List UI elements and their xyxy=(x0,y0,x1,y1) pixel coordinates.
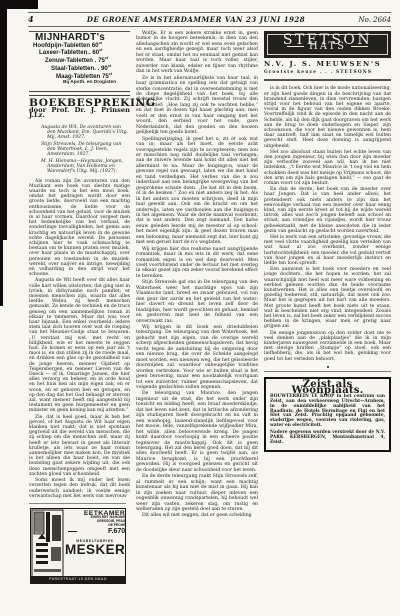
dining-room-drawing-icon xyxy=(31,509,64,580)
article-paragraph: En dan de derde, het boek van de moeder … xyxy=(264,187,391,234)
stetson-ad: STETSON HATS xyxy=(264,31,391,58)
article-paragraph: De teleurgang van Maurice, den jongen in… xyxy=(136,391,258,473)
article-title: BOEKBESPREKING xyxy=(29,101,130,106)
thick-divider-rule xyxy=(264,79,391,82)
product-line: Maag-Tabletten 75ct xyxy=(56,72,130,79)
mijnhardt-products: Hoofdpijn-Tabletten 60ct Laxeer-Tablette… xyxy=(29,41,130,79)
column-right: STETSON HATS N.V. J. S. MEUWSEN'S Groots… xyxy=(264,31,391,584)
zeist-ad-body: BOUWTERREIN TE KOOP in het centrum van Z… xyxy=(270,395,385,446)
section-divider xyxy=(29,91,130,96)
newspaper-page: 4 DE GROENE AMSTERDAMMER VAN 23 JUNI 192… xyxy=(0,0,400,616)
article-paragraph: is in dit boek. Och hier is de mode nati… xyxy=(264,86,391,148)
stetson-company: N.V. J. S. MEUWSEN'S xyxy=(264,62,391,67)
article-paragraph: Als roman zijn De avonturen van den Muzi… xyxy=(29,179,130,278)
scan-edge-artifact xyxy=(0,0,7,240)
article-paragraph: Spellingwijziging, ik geef het u, zit er… xyxy=(136,137,258,246)
zeist-ad-title: Zeist als Woonplaats. xyxy=(270,382,385,392)
newspaper-title: DE GROENE AMSTERDAMMER VAN 23 JUNI 1928 xyxy=(87,15,305,24)
article-paragraph: Wolfje. Er is een zekere strakke ernst i… xyxy=(136,31,258,75)
mesker-price: F.670 xyxy=(108,529,125,534)
mesker-ad: EETKAMER EIKEN MET MAHONIEDRESSOIR, PEAU… xyxy=(30,508,126,584)
masthead: 4 DE GROENE AMSTERDAMMER VAN 23 JUNI 192… xyxy=(28,14,391,24)
zeist-ad: Zeist als Woonplaats. BOUWTERREIN TE KOO… xyxy=(264,377,391,451)
stetson-tagline: Grootste keuze . . . STETSONS xyxy=(264,70,391,75)
article-paragraph: Ze is in het allernatuurlijkste van haar… xyxy=(136,76,258,136)
mijnhardt-footer: Bij Apoth. en Drogisten xyxy=(63,80,130,85)
book-entry: M. H. Hiensma—Heymans, Jongen, Amsterdam… xyxy=(41,159,130,175)
mesker-address: PARKSTRAAT 15 DEN HAAG xyxy=(31,576,125,583)
column-left: MIJNHARDT's Hoofdpijn-Tabletten 60ct Lax… xyxy=(29,31,130,584)
page-number: 4 xyxy=(28,14,34,24)
stetson-ad-frame: STETSON HATS xyxy=(267,34,388,55)
reviewed-books-list: Augusta de Wit, De avonturen van den Muz… xyxy=(41,125,130,175)
scan-edge-artifact xyxy=(7,0,38,9)
mesker-ad-text: EETKAMER EIKEN MET MAHONIEDRESSOIR, PEAU… xyxy=(64,509,127,583)
mesker-illustration xyxy=(31,509,64,583)
product-line: Zenuw-Tabletten . 75ct xyxy=(45,56,130,63)
article-paragraph: Augusta de Wit heeft over dit alles haar… xyxy=(29,278,130,413)
masthead-rule-top xyxy=(28,12,391,13)
article-paragraph: De eenige jongenszoon op den zolder doet… xyxy=(264,331,391,362)
article-paragraph: Wij krijgen in dit boek een driedubbelen… xyxy=(136,325,258,390)
article-paragraph: Zie, dat is heel goed, maar ik heb het g… xyxy=(29,415,130,477)
zeist-paragraph: Nadere gegevens worden verstrekt door de… xyxy=(270,431,385,446)
book-entry: Stijn Streuvels, De teleurgang van den W… xyxy=(41,142,130,158)
article-paragraph: Stijn Streuvels gaf ons in De teleurgang… xyxy=(136,280,258,324)
issue-number: No. 2664 xyxy=(359,16,391,24)
stetson-sub-label: HATS xyxy=(309,44,346,49)
article-paragraph: Wij krijgen hier dus realisme naast aang… xyxy=(136,247,258,280)
product-line: Staal-Tabletten. . 90ct xyxy=(51,64,130,71)
dash-rule xyxy=(351,46,368,47)
article-paragraph: Een aanwinst is het boek voor moeders en… xyxy=(264,267,391,329)
article-paragraph: Het zoo absoluut staan buiten het echte … xyxy=(264,150,391,186)
mijnhardt-brand: MIJNHARDT's xyxy=(35,35,130,40)
article-paragraph: Dit alles wil niet zeggen, dat er geen s… xyxy=(136,513,258,518)
article-paragraph: Het is werk van een artistieke, gevoelig… xyxy=(264,235,391,266)
article-text-col1: Als roman zijn De avonturen van den Muzi… xyxy=(29,179,130,499)
product-line: Laxeer-Tabletten.. 60ct xyxy=(39,48,130,55)
scan-edge-artifact xyxy=(0,240,3,306)
column-middle: Wolfje. Er is een zekere strakke ernst i… xyxy=(136,31,258,584)
dash-rule xyxy=(287,46,304,47)
mesker-price-row: F.670 xyxy=(65,529,125,534)
column-layout: MIJNHARDT's Hoofdpijn-Tabletten 60ct Lax… xyxy=(29,31,391,584)
mijnhardt-ad: MIJNHARDT's Hoofdpijn-Tabletten 60ct Lax… xyxy=(29,31,130,86)
article-text-col3: is in dit boek. Och hier is de mode nati… xyxy=(264,86,391,362)
mesker-company-name: MESKER xyxy=(65,544,125,556)
section-end-mark xyxy=(327,366,329,368)
mesker-details: EIKEN MET MAHONIEDRESSOIR, PEAUDE PÊCHE xyxy=(65,516,125,528)
ad-divider-rule xyxy=(29,503,126,504)
article-paragraph: En de derde teleurgang raakt Stijn Streu… xyxy=(136,474,258,512)
dash-rule xyxy=(68,531,77,532)
book-entry: Augusta de Wit, De avonturen van den Muz… xyxy=(41,125,130,141)
article-paragraph: Soms moest ik mij onder het lezen verzet… xyxy=(29,478,130,499)
ad-divider-rule xyxy=(264,371,391,373)
zeist-paragraph: BOUWTERREIN TE KOOP in het centrum van Z… xyxy=(270,395,385,429)
product-line: Hoofdpijn-Tabletten 60ct xyxy=(33,41,130,48)
masthead-rule-bottom xyxy=(28,26,391,27)
article-byline: door Prof. Dr. J. Prinsen J.Lz. xyxy=(29,108,130,118)
article-text-col2: Wolfje. Er is een zekere strakke ernst i… xyxy=(136,31,258,519)
